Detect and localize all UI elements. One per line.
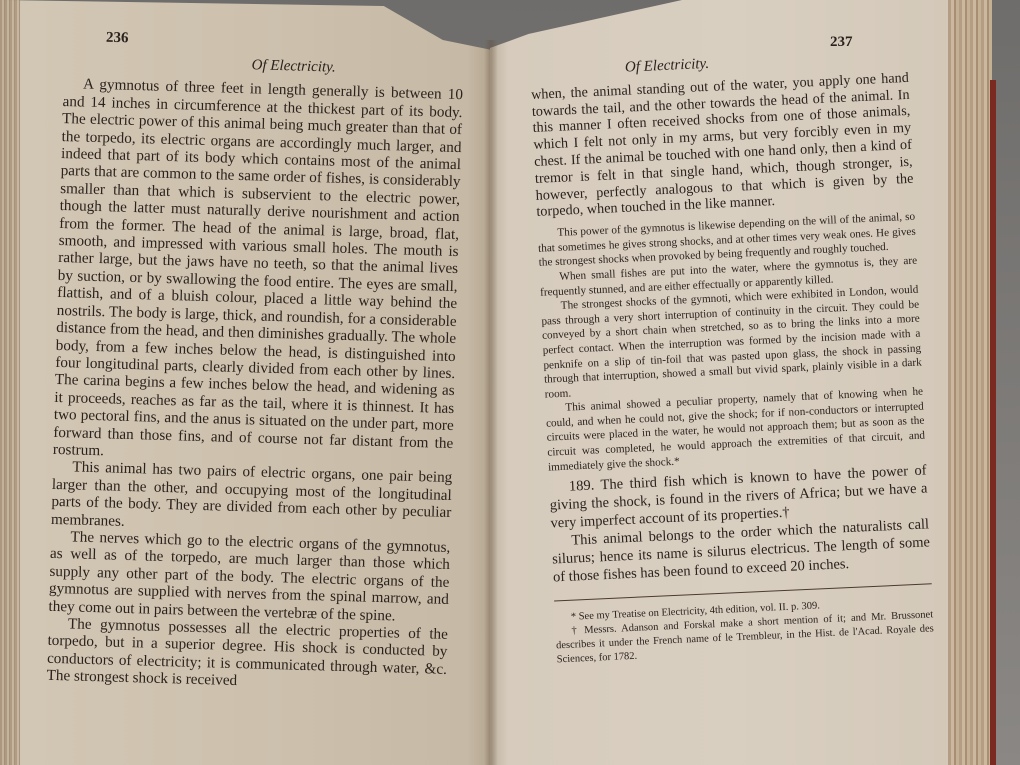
left-page-text: Of Electricity. A gymnotus of three feet… (46, 52, 464, 696)
small-paragraph: The strongest shocks of the gymnoti, whi… (540, 283, 922, 402)
book-gutter (484, 40, 498, 765)
paragraph-continuation: when, the animal standing out of the wat… (531, 70, 915, 221)
paragraph: This animal has two pairs of electric or… (51, 458, 453, 539)
page-number-left: 236 (106, 30, 129, 48)
paragraph: A gymnotus of three feet in length gener… (53, 75, 464, 469)
paragraph: The gymnotus possesses all the electric … (46, 615, 448, 696)
paragraph: The nerves which go to the electric orga… (48, 528, 450, 626)
page-number-right: 237 (830, 34, 853, 51)
right-page-edges (948, 0, 992, 765)
left-page-edges (0, 0, 20, 765)
book-cover-edge (990, 80, 996, 765)
right-page-text: Of Electricity. when, the animal standin… (530, 53, 935, 668)
